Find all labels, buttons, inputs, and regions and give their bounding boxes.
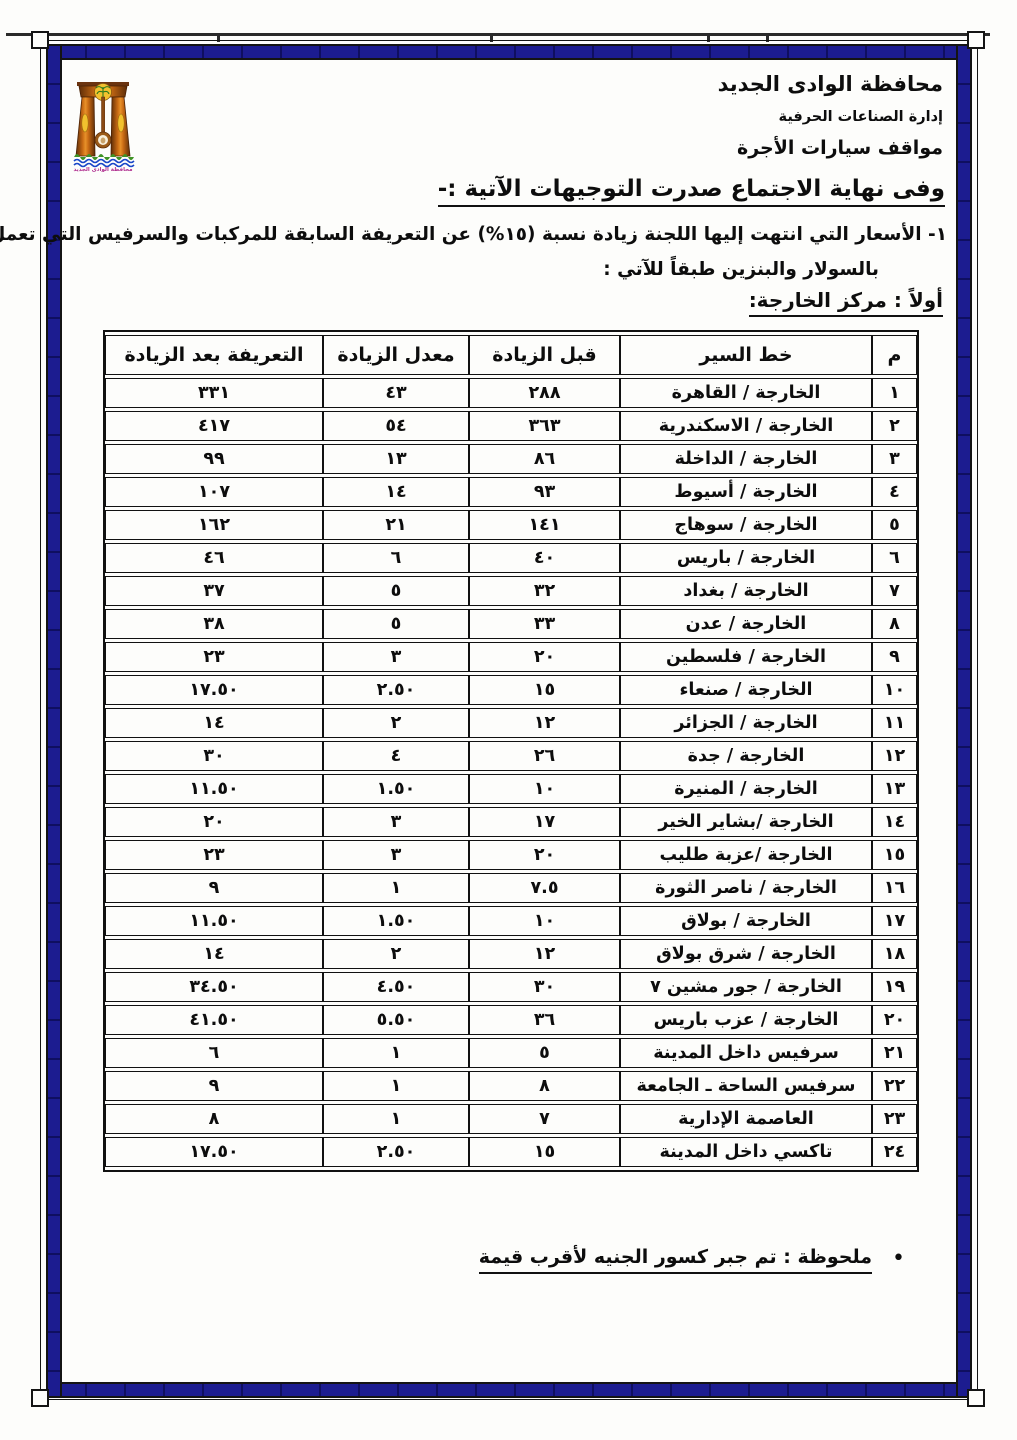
cell-rate: ٣ [323,807,469,837]
cell-after: ١٠٧ [105,477,323,507]
cell-after: ٢٣ [105,642,323,672]
document-page: محافظة الوادى الجديد محافظة الوادى الجدي… [0,0,1017,1440]
cell-rate: ٢ [323,708,469,738]
cell-after: ١٤ [105,939,323,969]
table-row: ٣الخارجة / الداخلة٨٦١٣٩٩ [105,444,917,474]
cell-route: الخارجة / جدة [620,741,872,771]
cell-after: ١١.٥٠ [105,774,323,804]
table-row: ٢٤تاكسي داخل المدينة١٥٢.٥٠١٧.٥٠ [105,1137,917,1167]
cell-route: الخارجة / شرق بولاق [620,939,872,969]
governorate-logo-icon: محافظة الوادى الجديد [70,70,136,172]
cell-after: ٣٤.٥٠ [105,972,323,1002]
table-row: ٧الخارجة / بغداد٣٢٥٣٧ [105,576,917,606]
cell-no: ٢١ [872,1038,917,1068]
cell-route: الخارجة / بغداد [620,576,872,606]
cell-no: ١٠ [872,675,917,705]
logo-caption-text: محافظة الوادى الجديد [73,167,132,172]
cell-rate: ٣ [323,840,469,870]
cell-no: ٢٢ [872,1071,917,1101]
cell-no: ٥ [872,510,917,540]
frame-corner-knot [31,1389,49,1407]
letterhead: محافظة الوادى الجديد إدارة الصناعات الحر… [718,72,943,159]
cell-route: تاكسي داخل المدينة [620,1137,872,1167]
cell-rate: ١ [323,1038,469,1068]
meeting-directives-heading: وفى نهاية الاجتماع صدرت التوجيهات الآتية… [438,176,945,207]
cell-before: ١٠ [469,774,620,804]
cell-no: ١٤ [872,807,917,837]
frame-corner-knot [31,31,49,49]
table-header-row: م خط السير قبل الزيادة معدل الزيادة التع… [105,335,917,375]
table-row: ٨الخارجة / عدن٣٣٥٣٨ [105,609,917,639]
cell-rate: ٤.٥٠ [323,972,469,1002]
table-row: ١٨الخارجة / شرق بولاق١٢٢١٤ [105,939,917,969]
cell-rate: ٢ [323,939,469,969]
cell-before: ٢٦ [469,741,620,771]
cell-route: الخارجة / فلسطين [620,642,872,672]
table-row: ٤الخارجة / أسيوط٩٣١٤١٠٧ [105,477,917,507]
table-row: ٢٠الخارجة / عزب باريس٣٦٥.٥٠٤١.٥٠ [105,1005,917,1035]
cell-after: ٨ [105,1104,323,1134]
cell-after: ٣٠ [105,741,323,771]
cell-no: ٧ [872,576,917,606]
cell-no: ٨ [872,609,917,639]
cell-rate: ٢.٥٠ [323,1137,469,1167]
cell-no: ٢٠ [872,1005,917,1035]
table-row: ١٩الخارجة / جور مشين ٧٣٠٤.٥٠٣٤.٥٠ [105,972,917,1002]
bullet-icon: • [892,1246,905,1271]
table-row: ٥الخارجة / سوهاج١٤١٢١١٦٢ [105,510,917,540]
table-row: ٩الخارجة / فلسطين٢٠٣٢٣ [105,642,917,672]
table-row: ١٥الخارجة /عزبة طليب٢٠٣٢٣ [105,840,917,870]
cell-after: ٩٩ [105,444,323,474]
cell-after: ١١.٥٠ [105,906,323,936]
cell-rate: ٦ [323,543,469,573]
cell-route: الخارجة / الاسكندرية [620,411,872,441]
table-row: ١٦الخارجة / ناصر الثورة٧.٥١٩ [105,873,917,903]
cell-before: ١٤١ [469,510,620,540]
cell-before: ٣٦ [469,1005,620,1035]
cell-no: ١٦ [872,873,917,903]
cell-rate: ٤٣ [323,378,469,408]
frame-band-top [46,44,972,60]
cell-route: الخارجة / الداخلة [620,444,872,474]
cell-after: ٩ [105,873,323,903]
table-row: ١١الخارجة / الجزائر١٢٢١٤ [105,708,917,738]
cell-route: الخارجة / صنعاء [620,675,872,705]
cell-before: ٣٢ [469,576,620,606]
cell-route: الخارجة / بولاق [620,906,872,936]
fare-table: م خط السير قبل الزيادة معدل الزيادة التع… [103,330,919,1172]
cell-route: الخارجة / أسيوط [620,477,872,507]
cell-rate: ١٣ [323,444,469,474]
cell-no: ٣ [872,444,917,474]
cell-rate: ١٤ [323,477,469,507]
cell-after: ٤١.٥٠ [105,1005,323,1035]
cell-after: ٦ [105,1038,323,1068]
cell-no: ١٩ [872,972,917,1002]
table-row: ١٣الخارجة / المنيرة١٠١.٥٠١١.٥٠ [105,774,917,804]
table-row: ١الخارجة / القاهرة٢٨٨٤٣٣٣١ [105,378,917,408]
cell-after: ١٤ [105,708,323,738]
fare-table-body: ١الخارجة / القاهرة٢٨٨٤٣٣٣١٢الخارجة / الا… [105,378,917,1167]
table-row: ٢٢سرفيس الساحة ـ الجامعة٨١٩ [105,1071,917,1101]
cell-route: الخارجة / ناصر الثورة [620,873,872,903]
cell-after: ٣٣١ [105,378,323,408]
cell-rate: ٥ [323,576,469,606]
cell-before: ٤٠ [469,543,620,573]
cell-route: الخارجة / عزب باريس [620,1005,872,1035]
directive-1-line-2: بالسولار والبنزين طبقاً للآتي : [603,259,879,280]
section-heading-kharga-center: أولاً : مركز الخارجة: [749,288,943,317]
table-row: ٢١سرفيس داخل المدينة٥١٦ [105,1038,917,1068]
cell-after: ٢٣ [105,840,323,870]
cell-before: ٢٨٨ [469,378,620,408]
cell-no: ١٨ [872,939,917,969]
directive-1-line-1: ١- الأسعار التي انتهت إليها اللجنة زيادة… [0,224,947,245]
col-header-route: خط السير [620,335,872,375]
cell-before: ٣٣ [469,609,620,639]
table-row: ١٧الخارجة / بولاق١٠١.٥٠١١.٥٠ [105,906,917,936]
cell-rate: ٢.٥٠ [323,675,469,705]
frame-band-left [46,44,62,1398]
cell-rate: ١ [323,1071,469,1101]
cell-after: ٩ [105,1071,323,1101]
cell-after: ٣٧ [105,576,323,606]
cell-before: ٢٠ [469,840,620,870]
cell-route: الخارجة / سوهاج [620,510,872,540]
cell-rate: ١.٥٠ [323,774,469,804]
cell-after: ٢٠ [105,807,323,837]
cell-no: ٤ [872,477,917,507]
cell-route: الخارجة / باريس [620,543,872,573]
scan-edge-line [6,33,990,36]
cell-rate: ١.٥٠ [323,906,469,936]
cell-after: ٤٦ [105,543,323,573]
footer-note: •ملحوظة : تم جبر كسور الجنيه لأقرب قيمة [479,1246,905,1274]
frame-corner-knot [967,31,985,49]
cell-before: ٣٦٣ [469,411,620,441]
cell-route: سرفيس داخل المدينة [620,1038,872,1068]
cell-before: ١٢ [469,939,620,969]
cell-rate: ٣ [323,642,469,672]
col-header-rate: معدل الزيادة [323,335,469,375]
col-header-no: م [872,335,917,375]
cell-no: ١١ [872,708,917,738]
cell-no: ٦ [872,543,917,573]
cell-no: ٢ [872,411,917,441]
cell-before: ١٥ [469,1137,620,1167]
cell-no: ٢٣ [872,1104,917,1134]
cell-no: ١٧ [872,906,917,936]
cell-rate: ١ [323,1104,469,1134]
cell-route: سرفيس الساحة ـ الجامعة [620,1071,872,1101]
cell-before: ١٢ [469,708,620,738]
cell-route: الخارجة /عزبة طليب [620,840,872,870]
col-header-before: قبل الزيادة [469,335,620,375]
table-row: ١٤الخارجة /بشاير الخير١٧٣٢٠ [105,807,917,837]
cell-no: ١٢ [872,741,917,771]
org-name: محافظة الوادى الجديد [718,72,943,96]
cell-no: ١٣ [872,774,917,804]
cell-before: ١٠ [469,906,620,936]
cell-route: الخارجة / جور مشين ٧ [620,972,872,1002]
note-text: ملحوظة : تم جبر كسور الجنيه لأقرب قيمة [479,1246,872,1274]
cell-before: ١٥ [469,675,620,705]
cell-route: الخارجة /بشاير الخير [620,807,872,837]
cell-rate: ٤ [323,741,469,771]
col-header-after: التعريفة بعد الزيادة [105,335,323,375]
cell-before: ٧ [469,1104,620,1134]
department-name: إدارة الصناعات الحرفية [718,109,943,125]
cell-rate: ٥ [323,609,469,639]
cell-after: ١٧.٥٠ [105,1137,323,1167]
cell-rate: ٢١ [323,510,469,540]
cell-route: العاصمة الإدارية [620,1104,872,1134]
cell-route: الخارجة / الجزائر [620,708,872,738]
cell-before: ٥ [469,1038,620,1068]
cell-rate: ٥.٥٠ [323,1005,469,1035]
table-row: ١٠الخارجة / صنعاء١٥٢.٥٠١٧.٥٠ [105,675,917,705]
table-row: ١٢الخارجة / جدة٢٦٤٣٠ [105,741,917,771]
cell-no: ٩ [872,642,917,672]
cell-after: ٣٨ [105,609,323,639]
cell-no: ١٥ [872,840,917,870]
cell-before: ٩٣ [469,477,620,507]
frame-band-bottom [46,1382,972,1398]
cell-before: ٧.٥ [469,873,620,903]
cell-after: ٤١٧ [105,411,323,441]
table-row: ٢الخارجة / الاسكندرية٣٦٣٥٤٤١٧ [105,411,917,441]
cell-before: ٢٠ [469,642,620,672]
cell-no: ٢٤ [872,1137,917,1167]
cell-before: ٣٠ [469,972,620,1002]
frame-band-right [956,44,972,1398]
cell-before: ١٧ [469,807,620,837]
cell-after: ١٦٢ [105,510,323,540]
cell-route: الخارجة / عدن [620,609,872,639]
cell-after: ١٧.٥٠ [105,675,323,705]
cell-rate: ١ [323,873,469,903]
office-name: مواقف سيارات الأجرة [718,137,943,159]
cell-no: ١ [872,378,917,408]
cell-route: الخارجة / القاهرة [620,378,872,408]
cell-before: ٨٦ [469,444,620,474]
frame-corner-knot [967,1389,985,1407]
cell-route: الخارجة / المنيرة [620,774,872,804]
cell-before: ٨ [469,1071,620,1101]
cell-rate: ٥٤ [323,411,469,441]
table-row: ٦الخارجة / باريس٤٠٦٤٦ [105,543,917,573]
table-row: ٢٣العاصمة الإدارية٧١٨ [105,1104,917,1134]
